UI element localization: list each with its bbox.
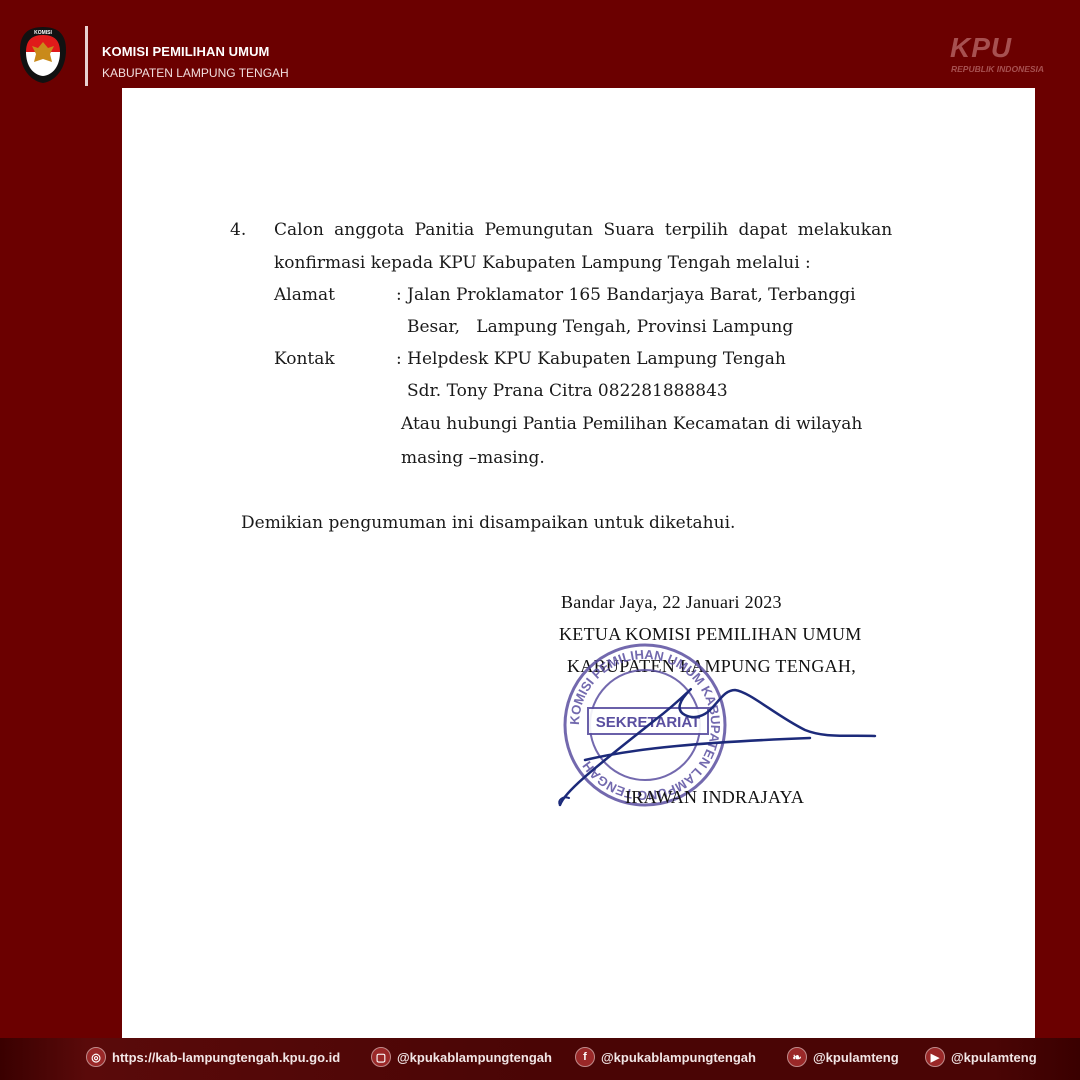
footer-facebook[interactable]: f @kpukablampungtengah [575,1047,756,1067]
kontak-line4: masing –masing. [401,448,545,468]
facebook-icon: f [575,1047,595,1067]
footer-website[interactable]: ◎ https://kab-lampungtengah.kpu.go.id [86,1047,340,1067]
kpu-logo: KOMISI [18,26,68,84]
alamat-label: Alamat [274,285,335,305]
kpu-brand-mark: KPU [950,32,1012,64]
kpu-brand-subtitle: REPUBLIK INDONESIA [951,64,1044,74]
footer-youtube-label: @kpulamteng [951,1050,1037,1065]
alamat-line1: : Jalan Proklamator 165 Bandarjaya Barat… [396,285,856,305]
kontak-line3: Atau hubungi Pantia Pemilihan Kecamatan … [401,414,862,434]
alamat-line2: Besar, Lampung Tengah, Provinsi Lampung [407,317,793,337]
item-text-line1: Calon anggota Panitia Pemungutan Suara t… [274,220,892,240]
signer-name: IRAWAN INDRAJAYA [625,787,804,808]
footer-instagram[interactable]: ▢ @kpukablampungtengah [371,1047,552,1067]
footer-facebook-label: @kpukablampungtengah [601,1050,756,1065]
footer-twitter-label: @kpulamteng [813,1050,899,1065]
kontak-line1: : Helpdesk KPU Kabupaten Lampung Tengah [396,349,786,369]
globe-icon: ◎ [86,1047,106,1067]
kontak-label: Kontak [274,349,335,369]
header-divider [85,26,88,86]
svg-text:KOMISI: KOMISI [34,30,52,36]
footer-website-label: https://kab-lampungtengah.kpu.go.id [112,1050,340,1065]
closing-statement: Demikian pengumuman ini disampaikan untu… [241,513,735,533]
footer-youtube[interactable]: ▶ @kpulamteng [925,1047,1037,1067]
kontak-line2: Sdr. Tony Prana Citra 082281888843 [407,381,728,401]
item-number: 4. [230,220,246,240]
instagram-icon: ▢ [371,1047,391,1067]
footer-instagram-label: @kpukablampungtengah [397,1050,552,1065]
footer-twitter[interactable]: ❧ @kpulamteng [787,1047,899,1067]
place-date: Bandar Jaya, 22 Januari 2023 [561,592,782,613]
org-title: KOMISI PEMILIHAN UMUM [102,44,269,59]
youtube-icon: ▶ [925,1047,945,1067]
twitter-icon: ❧ [787,1047,807,1067]
item-text-line2: konfirmasi kepada KPU Kabupaten Lampung … [274,253,811,273]
org-subtitle: KABUPATEN LAMPUNG TENGAH [102,66,289,80]
footer-bar: ◎ https://kab-lampungtengah.kpu.go.id ▢ … [0,1038,1080,1080]
